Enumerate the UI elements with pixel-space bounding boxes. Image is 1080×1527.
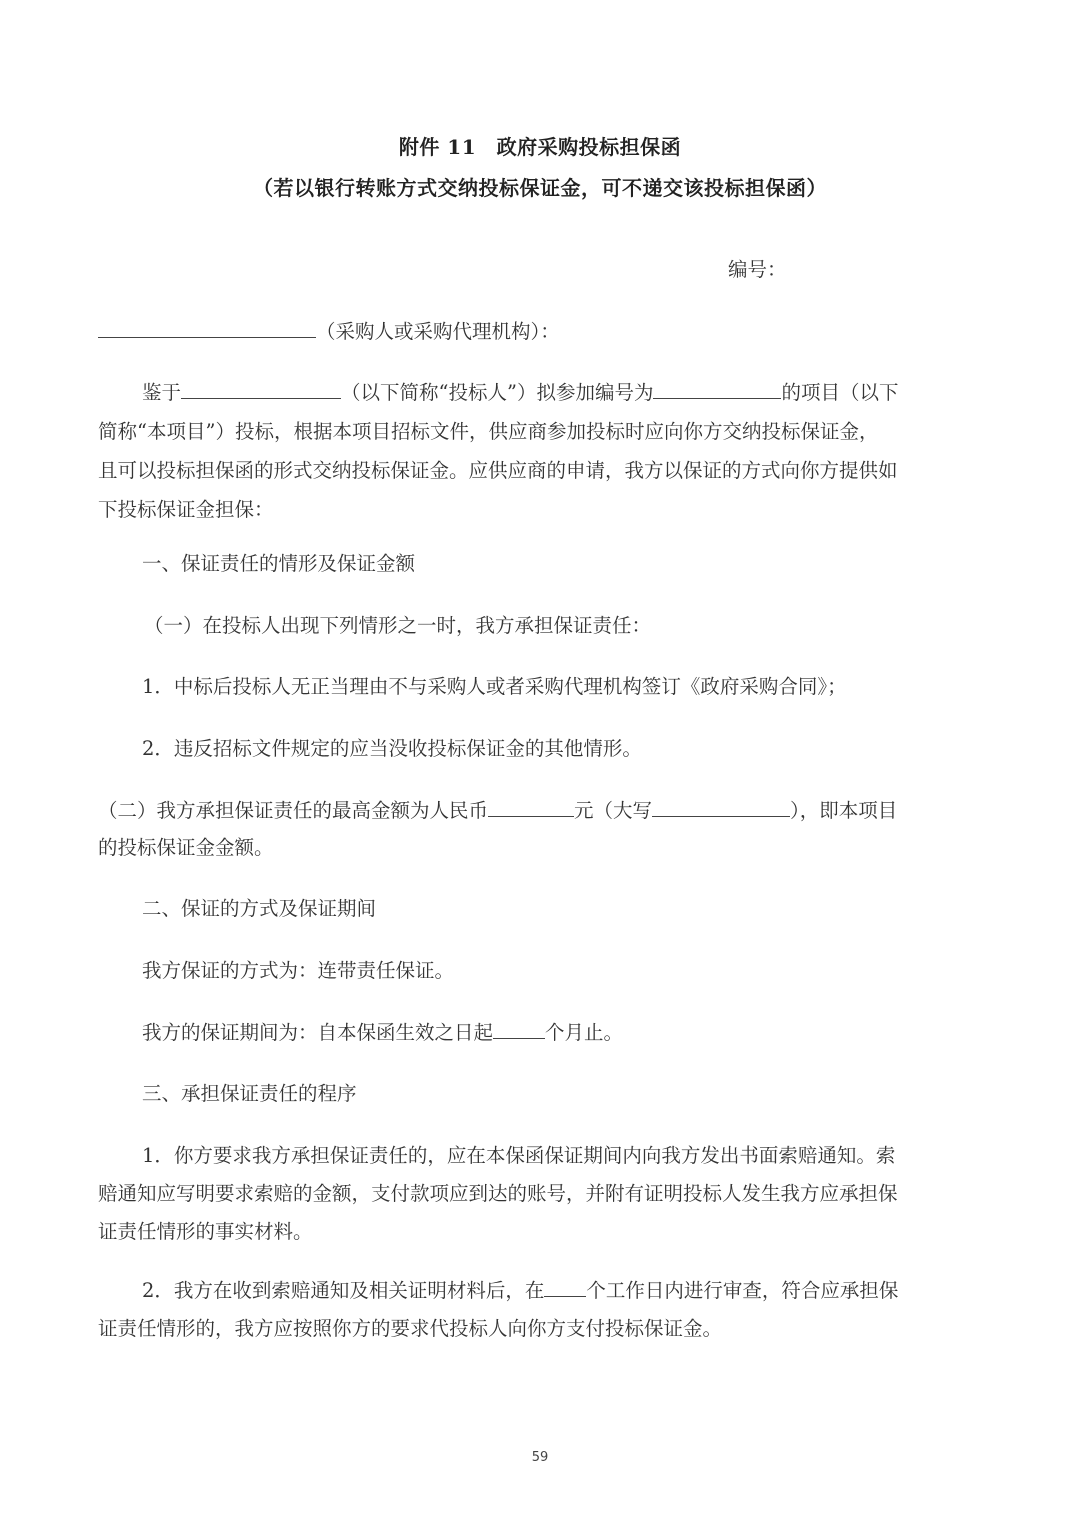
bidder-name-blank[interactable] — [181, 376, 341, 399]
period-text: 我方的保证期间为：自本保函生效之日起 — [142, 1021, 493, 1044]
section3-p2-line1: 2．我方在收到索赔通知及相关证明材料后，在个工作日内进行审查，符合应承担保 — [142, 1271, 1030, 1310]
sub2-text: 元（大写 — [574, 799, 652, 822]
section3-p1-line3: 证责任情形的事实材料。 — [98, 1212, 986, 1251]
section1-sub2-line2: 的投标保证金金额。 — [98, 828, 986, 867]
addressee-suffix: （采购人或采购代理机构）： — [316, 320, 560, 343]
document-page: 附件 11 政府采购投标担保函 （若以银行转账方式交纳投标保证金，可不递交该投标… — [0, 0, 1080, 1527]
page-number: 59 — [0, 1450, 1080, 1465]
document-subtitle: （若以银行转账方式交纳投标保证金，可不递交该投标担保函） — [0, 172, 1080, 201]
section3-p1-line1: 1．你方要求我方承担保证责任的，应在本保函保证期间内向我方发出书面索赔通知。索 — [142, 1136, 1030, 1175]
intro-line-4: 下投标保证金担保： — [98, 490, 986, 529]
section3-p2-line2: 证责任情形的，我方应按照你方的要求代投标人向你方支付投标保证金。 — [98, 1309, 986, 1348]
intro-line-1: 鉴于（以下简称“投标人”）拟参加编号为的项目（以下 — [98, 373, 986, 412]
section1-sub2-line1: （二）我方承担保证责任的最高金额为人民币元（大写），即本项目 — [98, 791, 986, 830]
section1-item1: 1．中标后投标人无正当理由不与采购人或者采购代理机构签订《政府采购合同》； — [142, 667, 1030, 706]
project-number-blank[interactable] — [653, 376, 781, 399]
period-text: 个月止。 — [545, 1021, 623, 1044]
number-label: 编号： — [728, 250, 928, 289]
intro-text: 的项目（以下 — [781, 381, 898, 404]
section2-heading: 二、保证的方式及保证期间 — [142, 889, 1030, 928]
sub2-text: （二）我方承担保证责任的最高金额为人民币 — [98, 799, 488, 822]
working-days-blank[interactable] — [544, 1274, 586, 1297]
document-title: 附件 11 政府采购投标担保函 — [0, 131, 1080, 160]
intro-text: （以下简称“投标人”）拟参加编号为 — [341, 381, 653, 404]
intro-text: 鉴于 — [142, 381, 181, 404]
months-blank[interactable] — [493, 1016, 545, 1039]
p2-text: 个工作日内进行审查，符合应承担保 — [586, 1279, 898, 1302]
section2-method: 我方保证的方式为：连带责任保证。 — [142, 951, 1030, 990]
intro-line-3: 且可以投标担保函的形式交纳投标保证金。应供应商的申请，我方以保证的方式向你方提供… — [98, 451, 986, 490]
intro-line-2: 简称“本项目”）投标，根据本项目招标文件，供应商参加投标时应向你方交纳投标保证金… — [98, 412, 986, 451]
section3-p1-line2: 赔通知应写明要求索赔的金额，支付款项应到达的账号，并附有证明投标人发生我方应承担… — [98, 1174, 986, 1213]
addressee-blank[interactable] — [98, 315, 316, 338]
section2-period: 我方的保证期间为：自本保函生效之日起个月止。 — [142, 1013, 1030, 1052]
amount-in-words-blank[interactable] — [652, 794, 790, 817]
section3-heading: 三、承担保证责任的程序 — [142, 1074, 1030, 1113]
amount-blank[interactable] — [488, 794, 574, 817]
section1-sub1: （一）在投标人出现下列情形之一时，我方承担保证责任： — [144, 606, 1032, 645]
section1-heading: 一、保证责任的情形及保证金额 — [142, 544, 1030, 583]
p2-text: 2．我方在收到索赔通知及相关证明材料后，在 — [142, 1279, 544, 1302]
addressee-line: （采购人或采购代理机构）： — [98, 312, 986, 351]
section1-item2: 2．违反招标文件规定的应当没收投标保证金的其他情形。 — [142, 729, 1030, 768]
sub2-text: ），即本项目 — [790, 799, 897, 822]
